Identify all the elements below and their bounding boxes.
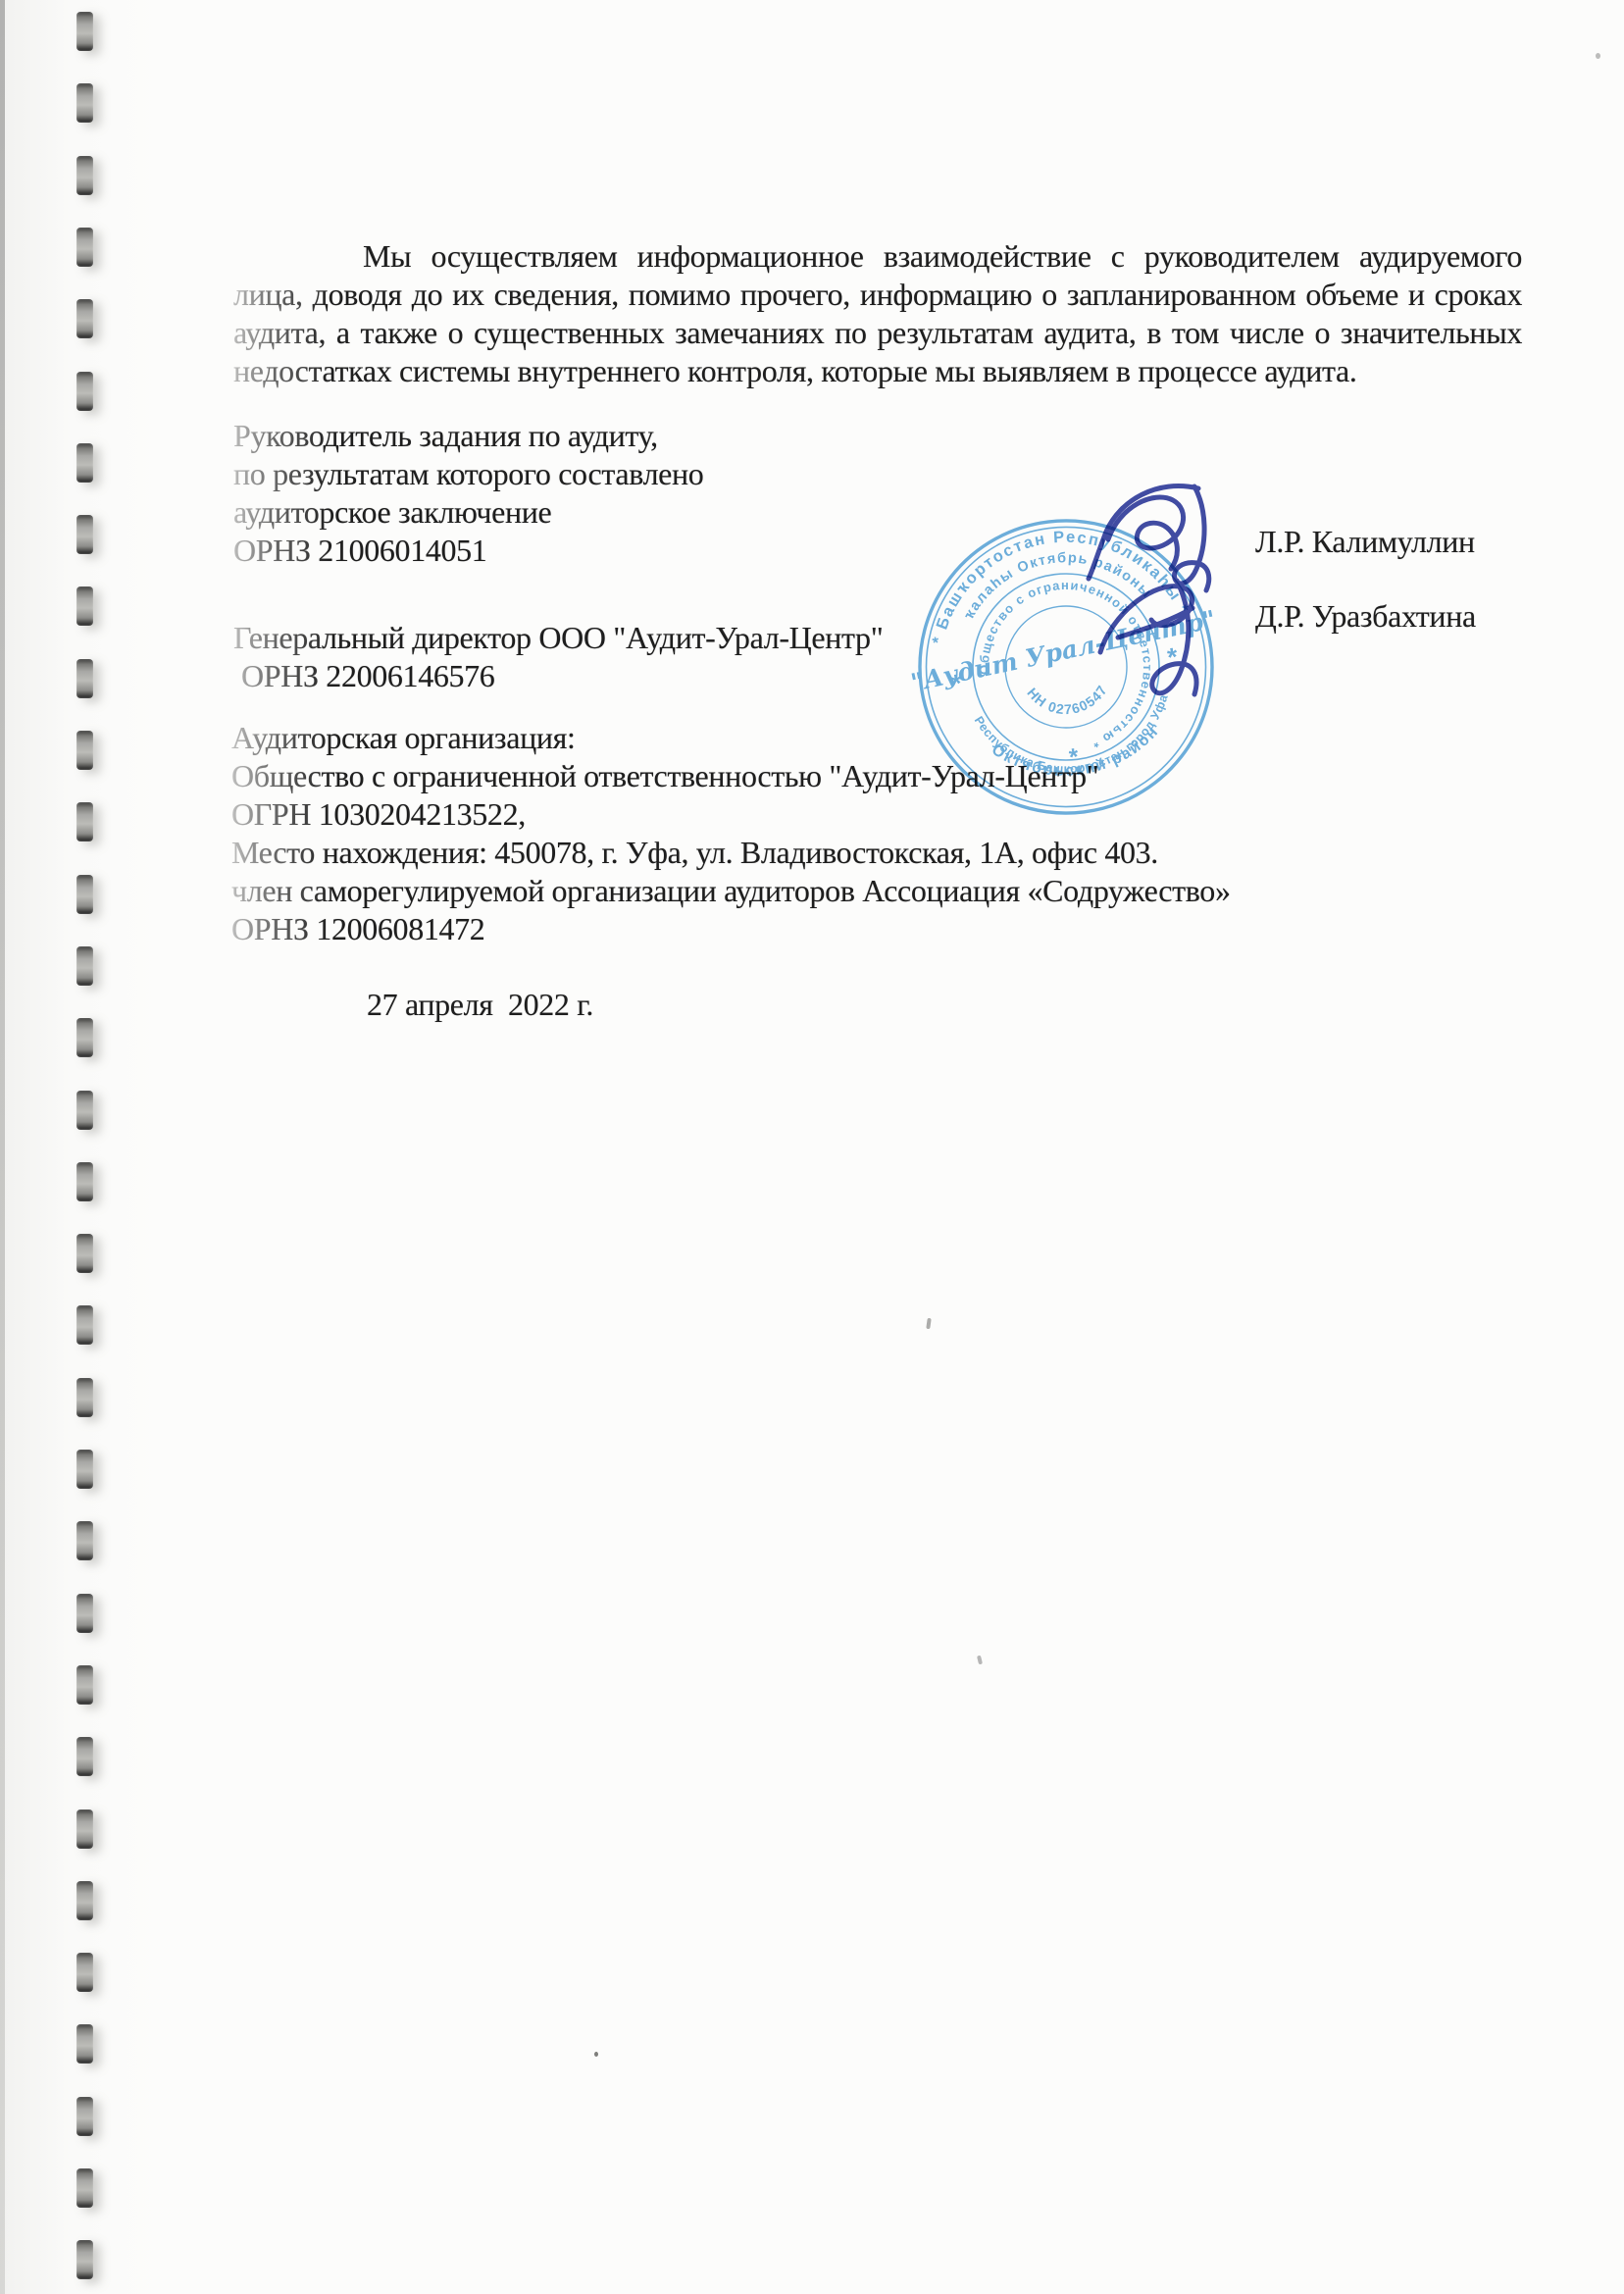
binding-hole-mark <box>76 1665 93 1705</box>
binding-hole-mark <box>76 1091 93 1130</box>
scan-speck <box>977 1656 983 1665</box>
paragraph-line: аудита, а также о существенных замечания… <box>233 314 1522 352</box>
binding-hole-mark <box>76 586 93 626</box>
signer1-name: Л.Р. Калимуллин <box>1255 523 1475 561</box>
binding-hole-mark <box>76 1810 93 1849</box>
binding-hole-mark <box>76 1521 93 1560</box>
binding-hole-mark <box>76 946 93 986</box>
binding-hole-mark <box>76 802 93 841</box>
binding-hole-mark <box>76 1378 93 1417</box>
org-line: Место нахождения: 450078, г. Уфа, ул. Вл… <box>231 834 1231 872</box>
binding-hole-mark <box>76 12 93 51</box>
director-ornz: ОРНЗ 22006146576 <box>233 657 883 695</box>
binding-hole-mark <box>76 372 93 411</box>
binding-hole-mark <box>76 299 93 338</box>
director-block: Генеральный директор ООО "Аудит-Урал-Цен… <box>233 619 883 695</box>
binding-hole-mark <box>76 156 93 195</box>
binding-hole-mark <box>76 1737 93 1776</box>
binding-hole-mark <box>76 515 93 554</box>
binding-hole-mark <box>76 1450 93 1489</box>
binding-hole-mark <box>76 83 93 123</box>
binding-hole-mark <box>76 1162 93 1201</box>
scan-speck <box>1596 53 1600 59</box>
binding-hole-mark <box>76 875 93 914</box>
binding-hole-mark <box>76 2097 93 2136</box>
binding-hole-mark <box>76 1018 93 1057</box>
signature-kalimullin <box>1089 486 1209 590</box>
binding-hole-mark <box>76 2168 93 2208</box>
signer2-name: Д.Р. Уразбахтина <box>1255 597 1476 636</box>
paragraph-communication: Мы осуществляем информационное взаимодей… <box>233 237 1522 390</box>
binding-hole-mark <box>76 2024 93 2064</box>
org-line: член саморегулируемой организации аудито… <box>231 872 1231 910</box>
paragraph-line: недостатках системы внутреннего контроля… <box>233 352 1522 390</box>
report-date: 27 апреля 2022 г. <box>367 986 593 1024</box>
engagement-ornz: ОРНЗ 21006014051 <box>233 532 703 570</box>
scan-speck <box>594 2052 598 2057</box>
binding-hole-mark <box>76 1881 93 1920</box>
paragraph-line: лица, доводя до их сведения, помимо проч… <box>233 276 1522 314</box>
seal-star-bottom: * <box>1068 743 1081 771</box>
binding-hole-mark <box>76 1305 93 1345</box>
binding-hole-mark <box>76 731 93 770</box>
engagement-line: Руководитель задания по аудиту, <box>233 417 703 455</box>
binding-hole-mark <box>76 1953 93 1992</box>
signature-urazbakhtina <box>1100 581 1196 694</box>
binding-hole-mark <box>76 443 93 483</box>
binding-hole-mark <box>76 228 93 267</box>
engagement-line: по результатам которого составлено <box>233 455 703 493</box>
director-line: Генеральный директор ООО "Аудит-Урал-Цен… <box>233 619 883 657</box>
binding-hole-mark <box>76 1594 93 1633</box>
paragraph-line: Мы осуществляем информационное взаимодей… <box>233 237 1522 276</box>
engagement-line: аудиторское заключение <box>233 493 703 532</box>
scan-speck <box>926 1318 931 1329</box>
binding-hole-mark <box>76 1234 93 1273</box>
binding-hole-mark <box>76 2240 93 2279</box>
binding-hole-mark <box>76 659 93 698</box>
signatures-overlay <box>1059 471 1231 731</box>
org-line: ОРНЗ 12006081472 <box>231 910 1231 948</box>
binding-strip <box>76 0 93 2294</box>
engagement-leader-block: Руководитель задания по аудиту, по резул… <box>233 417 703 570</box>
scanned-document-page: Мы осуществляем информационное взаимодей… <box>0 0 1624 2294</box>
